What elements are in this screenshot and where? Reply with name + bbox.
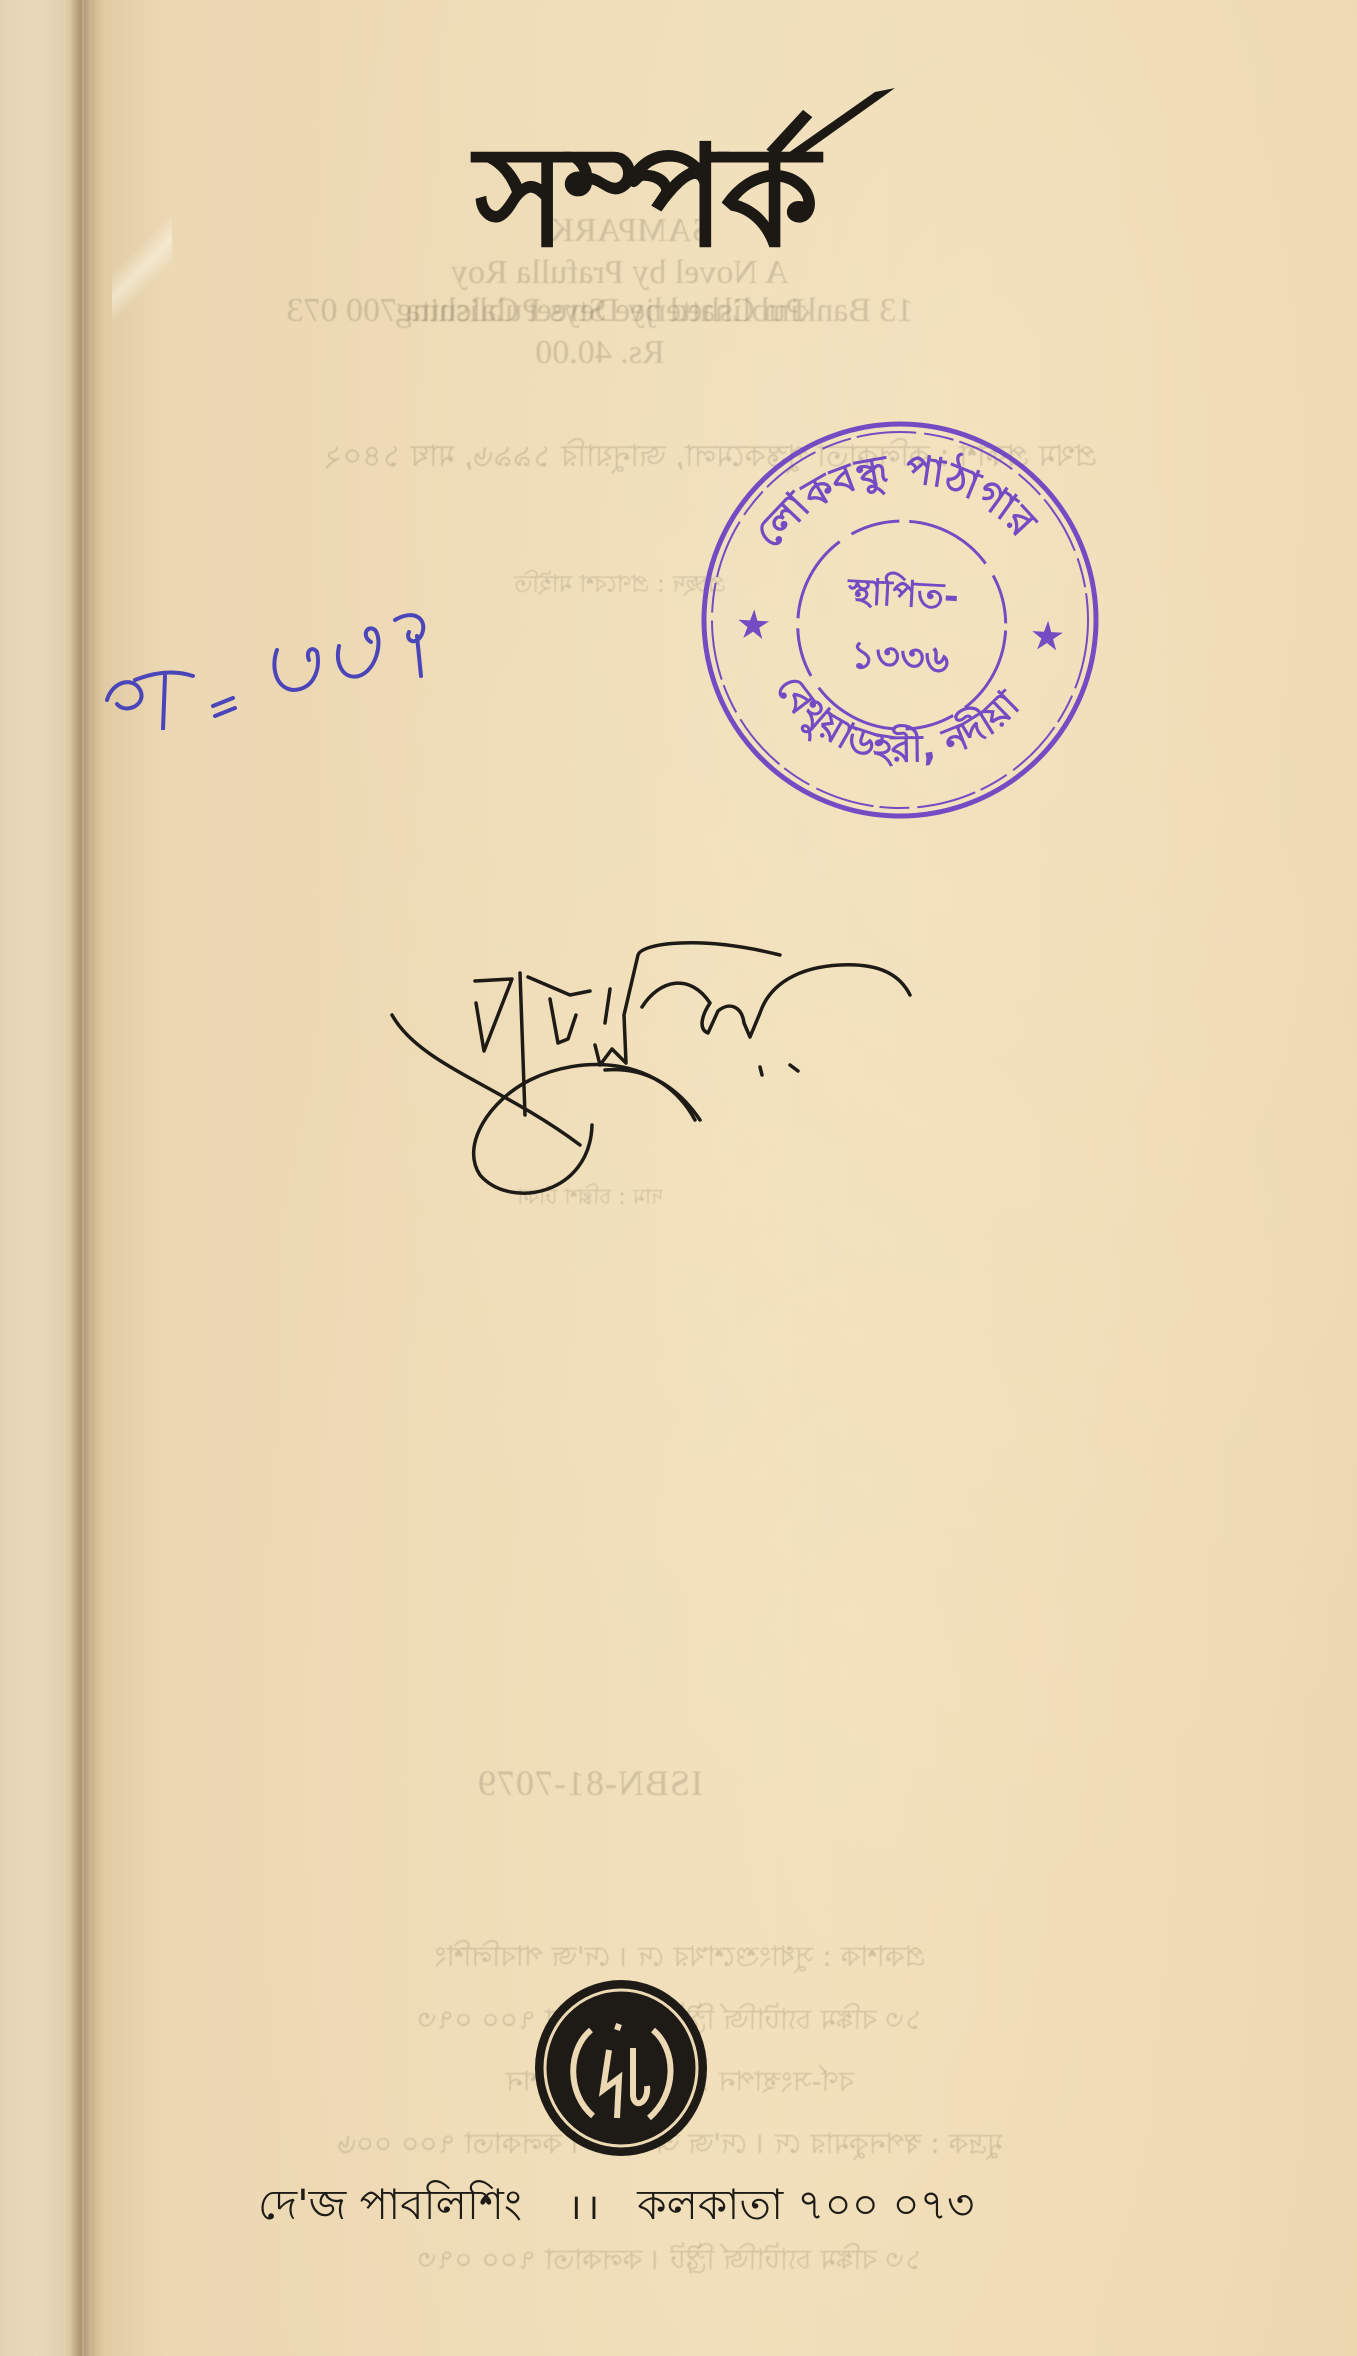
svg-text:★: ★ [1028,613,1066,661]
title-text: সম্পর্ক [385,128,905,268]
publisher-imprint: দে'জ পাবলিশিং ।। কলকাতা ৭০০ ০৭৩ [258,2172,1118,2232]
handwriting-icon [95,580,435,730]
handwritten-page-note: পৃ = ৩৩৭ [95,580,435,730]
publisher-name: দে'জ পাবলিশিং [258,2172,522,2243]
publisher-logo: দেজ [533,1978,709,2158]
bleed-through-line: প্রকাশক : সুধাংশুশেখর দে । দে'জ পাবলিশিং [270,1935,1090,1982]
signature-icon [380,915,1010,1205]
imprint-separator: ।। [568,2181,603,2230]
book-title: সম্পর্ক [385,88,945,318]
bleed-through-isbn: ISBN-81-7079 [420,1762,760,1804]
publisher-pin: ৭০০ ০৭৩ [797,2172,974,2243]
svg-text:বেথুয়াডহরী, নদীয়া: বেথুয়াডহরী, নদীয়া [763,665,1031,778]
publisher-city: কলকাতা [637,2172,783,2243]
library-stamp: লোকবন্ধু পাঠাগার বেথুয়াডহরী, নদীয়া ★ ★… [679,399,1120,840]
svg-text:স্থাপিত-: স্থাপিত- [845,569,960,618]
paper-crease [112,200,172,320]
svg-text:১৩৩৬: ১৩৩৬ [850,632,951,681]
svg-text:★: ★ [734,601,772,649]
deys-logo-icon [533,1978,709,2158]
bleed-through-line: ১৩ বঙ্কিম চ্যাটার্জি স্ট্রিট । কলকাতা ৭০… [260,2238,1080,2285]
gutter-shadow [70,0,104,2356]
bleed-through-line: Rs. 40.00 [440,334,760,372]
stamp-seal-icon: লোকবন্ধু পাঠাগার বেথুয়াডহরী, নদীয়া ★ ★… [679,399,1120,840]
author-signature [380,915,1010,1205]
